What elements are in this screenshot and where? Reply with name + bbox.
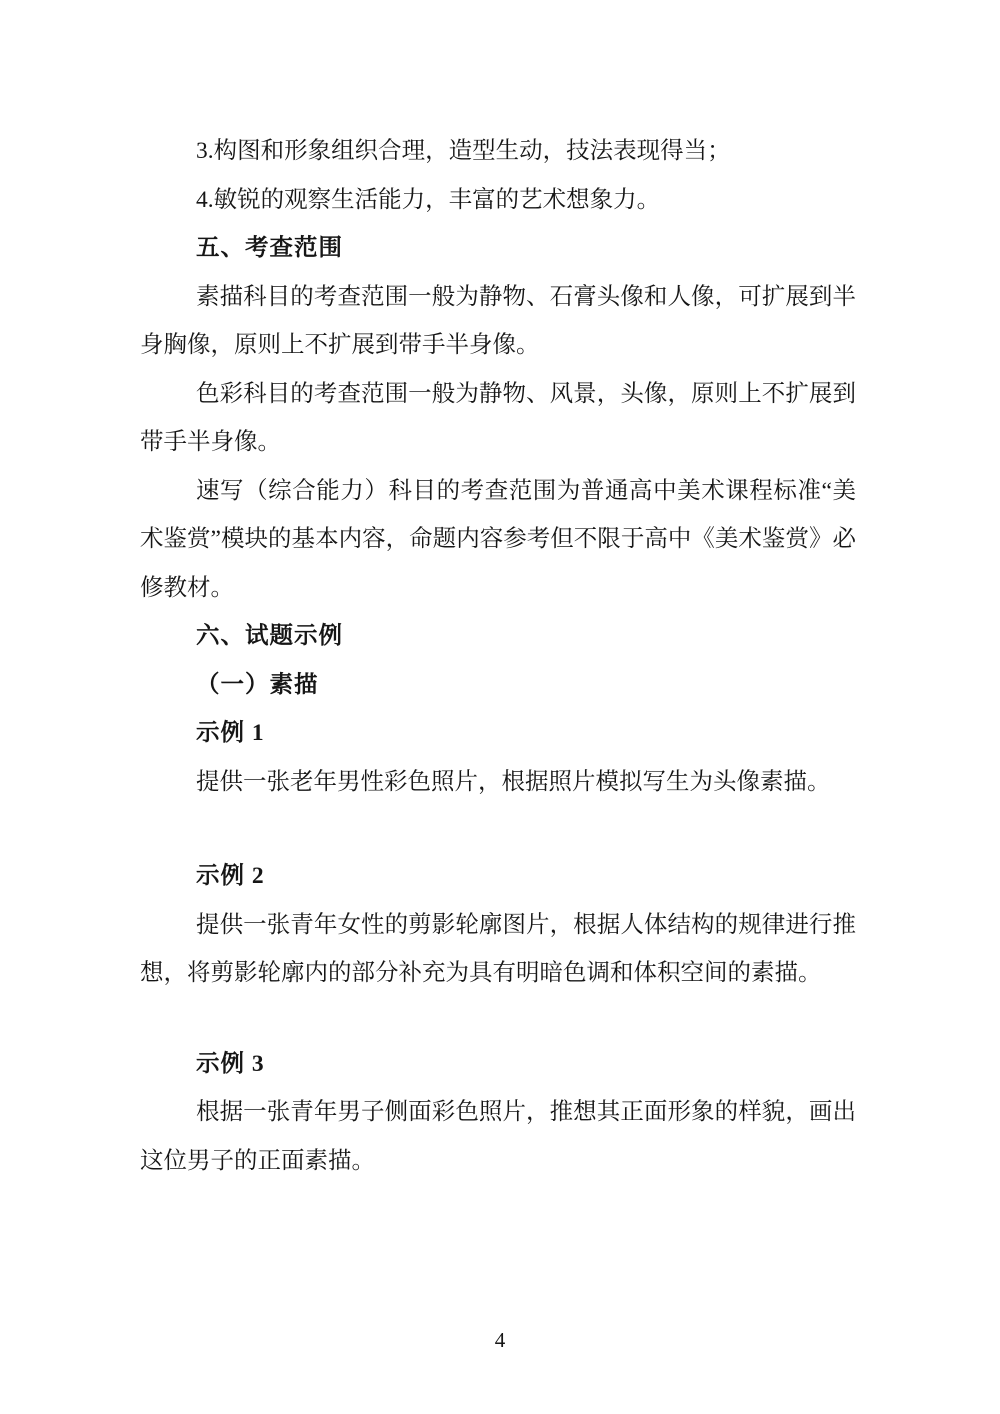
blank-line bbox=[140, 998, 856, 1040]
page-footer: 4 bbox=[0, 1328, 1000, 1352]
subsection-heading-sketch: （一）素描 bbox=[140, 661, 856, 710]
example-1-text: 提供一张老年男性彩色照片，根据照片模拟写生为头像素描。 bbox=[140, 758, 856, 807]
example-1-label: 示例 1 bbox=[140, 709, 856, 758]
example-3-label: 示例 3 bbox=[140, 1040, 856, 1089]
paragraph-quicksketch-scope: 速写（综合能力）科目的考查范围为普通高中美术课程标准“美术鉴赏”模块的基本内容，… bbox=[140, 467, 856, 613]
paragraph-sketch-scope: 素描科目的考查范围一般为静物、石膏头像和人像，可扩展到半身胸像，原则上不扩展到带… bbox=[140, 273, 856, 370]
page-number: 4 bbox=[495, 1328, 506, 1352]
example-3-text: 根据一张青年男子侧面彩色照片，推想其正面形象的样貌，画出这位男子的正面素描。 bbox=[140, 1088, 856, 1185]
document-body: 3.构图和形象组织合理，造型生动，技法表现得当； 4.敏锐的观察生活能力，丰富的… bbox=[140, 127, 856, 1185]
section-heading-6: 六、试题示例 bbox=[140, 612, 856, 661]
section-heading-5: 五、考查范围 bbox=[140, 224, 856, 273]
list-item-3: 3.构图和形象组织合理，造型生动，技法表现得当； bbox=[140, 127, 856, 176]
example-2-text: 提供一张青年女性的剪影轮廓图片，根据人体结构的规律进行推想，将剪影轮廓内的部分补… bbox=[140, 901, 856, 998]
example-2-label: 示例 2 bbox=[140, 852, 856, 901]
blank-line bbox=[140, 806, 856, 852]
document-page: 3.构图和形象组织合理，造型生动，技法表现得当； 4.敏锐的观察生活能力，丰富的… bbox=[0, 0, 1000, 1414]
paragraph-color-scope: 色彩科目的考查范围一般为静物、风景，头像，原则上不扩展到带手半身像。 bbox=[140, 370, 856, 467]
list-item-4: 4.敏锐的观察生活能力，丰富的艺术想象力。 bbox=[140, 176, 856, 225]
